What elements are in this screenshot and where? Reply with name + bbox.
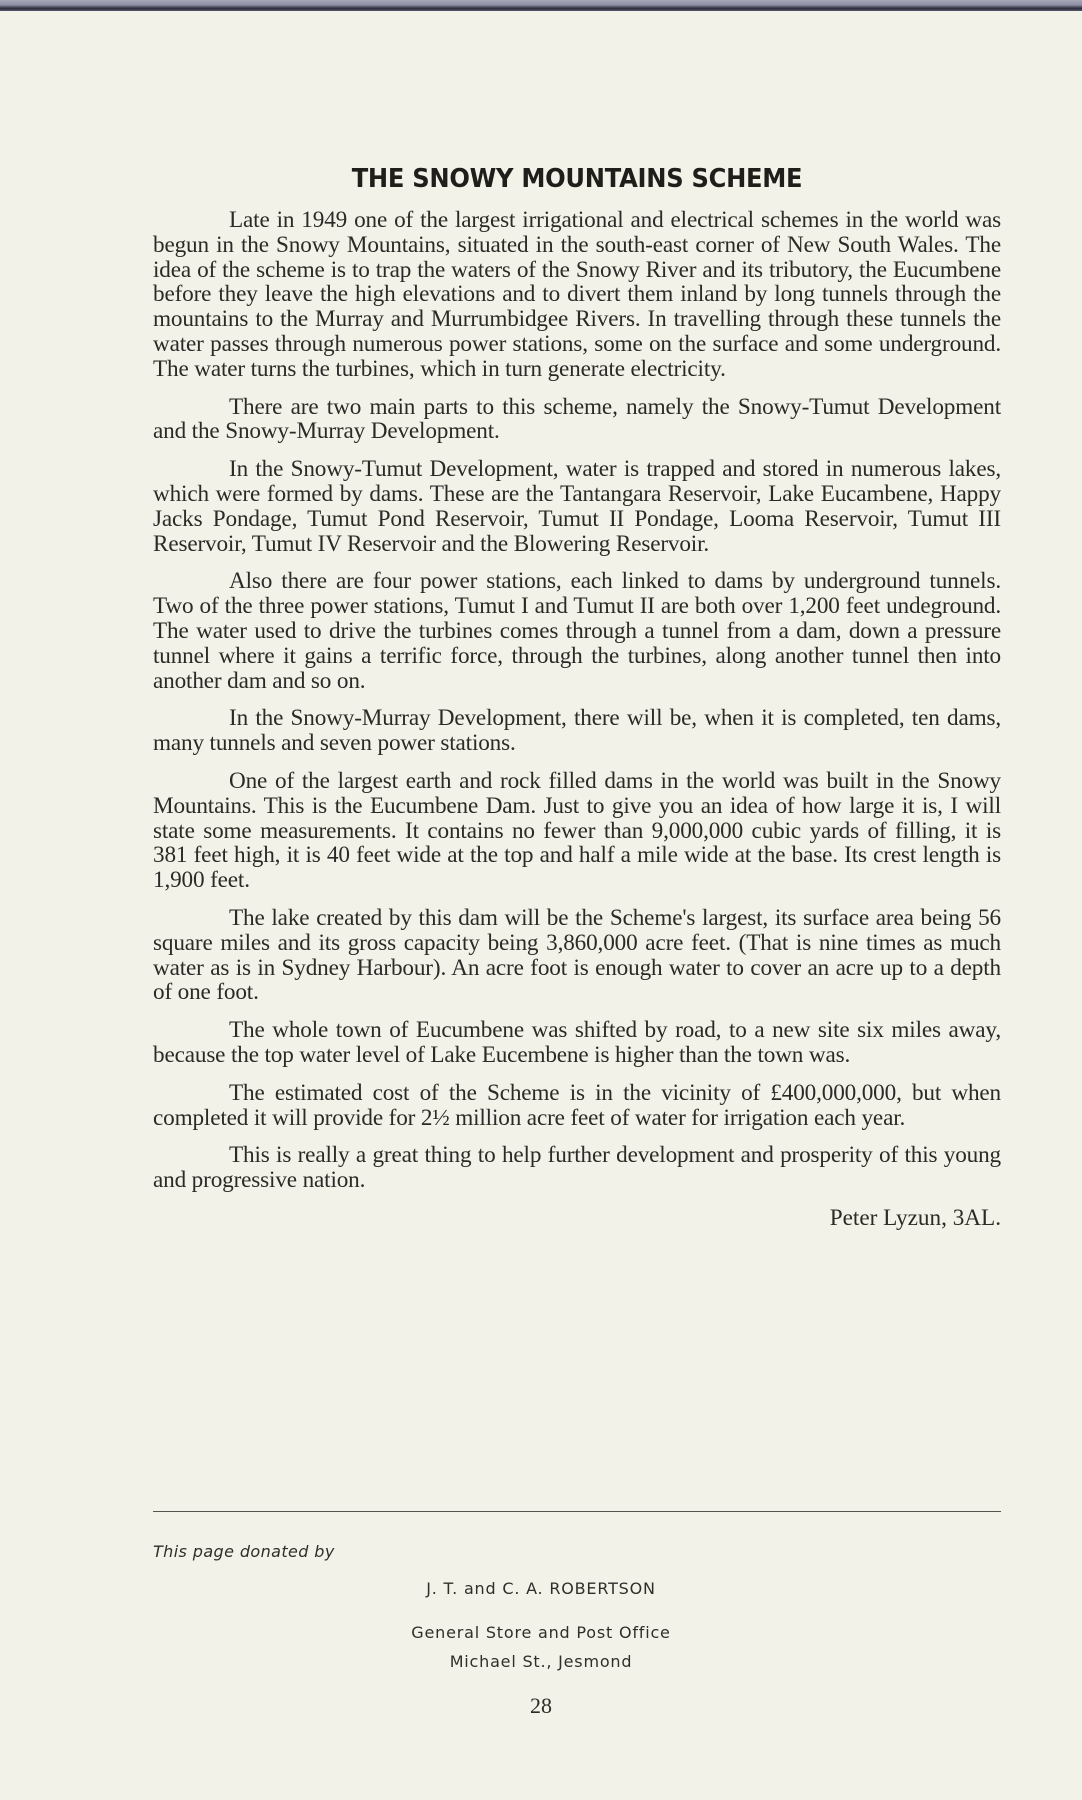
- paragraph: One of the largest earth and rock filled…: [153, 769, 1001, 893]
- paragraph: The estimated cost of the Scheme is in t…: [153, 1081, 1001, 1131]
- paragraph: The whole town of Eucumbene was shifted …: [153, 1018, 1001, 1068]
- sponsor-address: Michael St., Jesmond: [0, 1652, 1082, 1671]
- page-number: 28: [0, 1693, 1082, 1719]
- sponsor-name: J. T. and C. A. ROBERTSON: [0, 1579, 1082, 1598]
- article-title: THE SNOWY MOUNTAINS SCHEME: [183, 164, 972, 194]
- sponsor-business: General Store and Post Office: [0, 1623, 1082, 1642]
- paragraph: Also there are four power stations, each…: [153, 569, 1001, 693]
- paragraph: The lake created by this dam will be the…: [153, 906, 1001, 1005]
- paragraph: Late in 1949 one of the largest irrigati…: [153, 208, 1001, 382]
- author-signature: Peter Lyzun, 3AL.: [153, 1206, 1001, 1231]
- paragraph: This is really a great thing to help fur…: [153, 1143, 1001, 1193]
- paragraph: In the Snowy-Tumut Development, water is…: [153, 457, 1001, 556]
- divider: [153, 1511, 1001, 1512]
- donated-label: This page donated by: [153, 1542, 335, 1561]
- paragraph: In the Snowy-Murray Development, there w…: [153, 706, 1001, 756]
- article: THE SNOWY MOUNTAINS SCHEME Late in 1949 …: [153, 160, 1001, 1231]
- paragraph: There are two main parts to this scheme,…: [153, 395, 1001, 445]
- page-top-edge: [0, 0, 1082, 11]
